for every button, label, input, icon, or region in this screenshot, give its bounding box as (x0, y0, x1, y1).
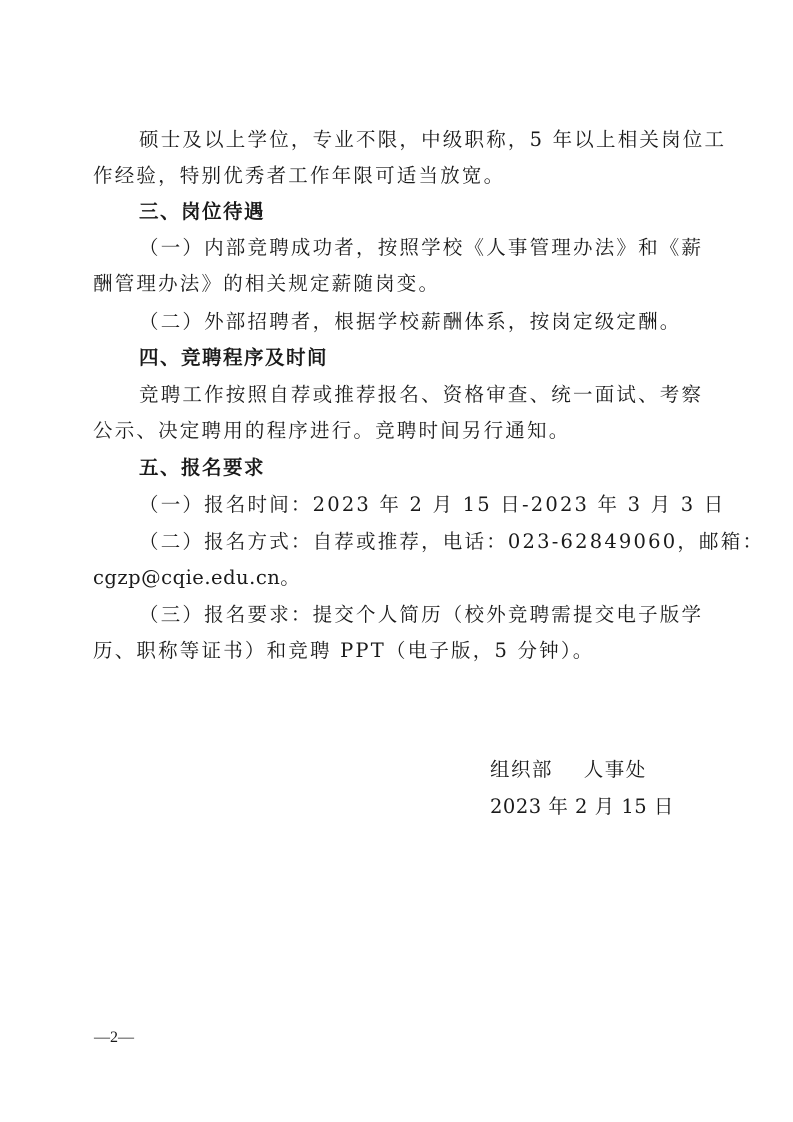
body-line: （一）报名时间：2023 年 2 月 15 日-2023 年 3 月 3 日 (139, 493, 725, 517)
body-line: 作经验，特别优秀者工作年限可适当放宽。 (93, 164, 505, 188)
page-number: —2— (94, 1028, 134, 1048)
body-line: （二）外部招聘者，根据学校薪酬体系，按岗定级定酬。 (139, 310, 682, 334)
signature-date: 2023 年 2 月 15 日 (490, 795, 674, 819)
body-line: 硕士及以上学位，专业不限，中级职称，5 年以上相关岗位工 (139, 128, 726, 152)
body-line: （二）报名方式：自荐或推荐，电话：023-62849060，邮箱： (139, 530, 764, 554)
body-line: 历、职称等证书）和竞聘 PPT（电子版，5 分钟）。 (93, 639, 595, 663)
body-line: 公示、决定聘用的程序进行。竞聘时间另行通知。 (93, 419, 570, 443)
section-heading-procedure: 四、竞聘程序及时间 (139, 346, 328, 370)
body-line: （一）内部竞聘成功者，按照学校《人事管理办法》和《薪 (139, 236, 703, 260)
body-line: 酬管理办法》的相关规定薪随岗变。 (93, 272, 440, 296)
section-heading-benefits: 三、岗位待遇 (139, 200, 265, 224)
section-heading-registration: 五、报名要求 (139, 456, 265, 480)
body-line: （三）报名要求：提交个人简历（校外竞聘需提交电子版学 (139, 603, 703, 627)
email-line: cgzp@cqie.edu.cn。 (93, 566, 300, 590)
body-line: 竞聘工作按照自荐或推荐报名、资格审查、统一面试、考察 (139, 383, 703, 407)
signature-departments: 组织部 人事处 (490, 758, 647, 782)
